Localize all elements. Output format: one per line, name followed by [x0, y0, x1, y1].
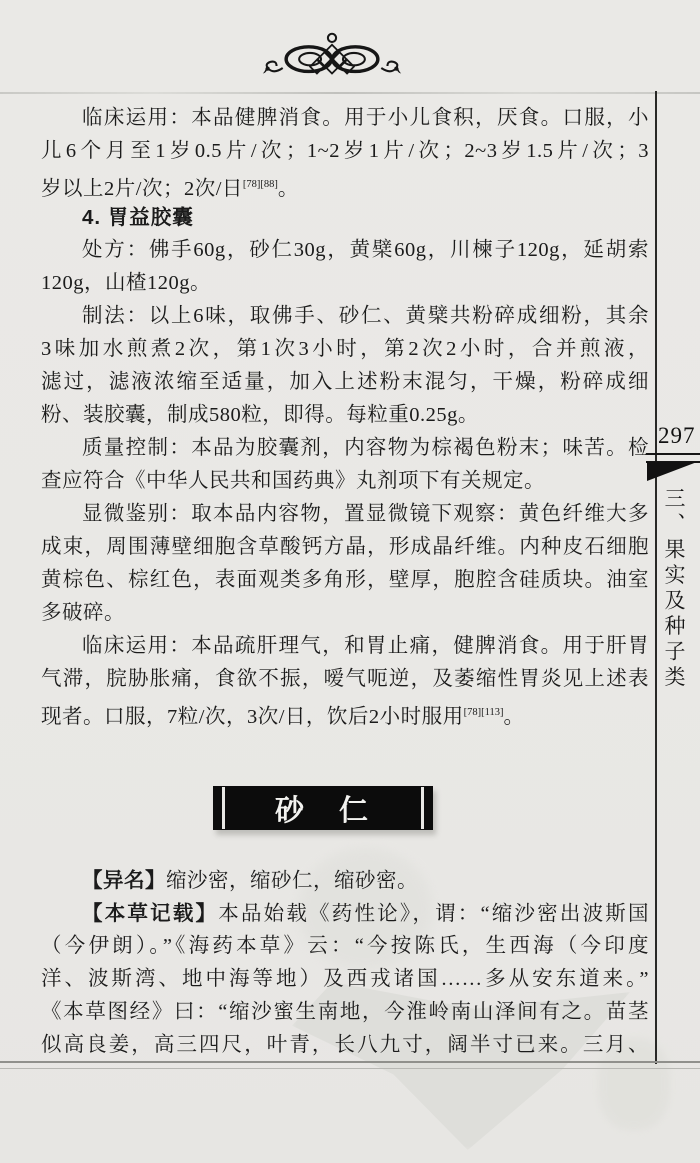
text-line: 粉、装胶囊，制成580粒，即得。每粒重0.25g。 — [41, 399, 649, 432]
text-line: 似高良姜，高三四尺，叶青，长八九寸，阔半寸已来。三月、 — [41, 1029, 649, 1062]
article-upper: 临床运用：本品健脾消食。用于小儿食积，厌食。口服，小儿6个月至1岁0.5片/次；… — [41, 102, 649, 729]
text-line: 《本草图经》曰：“缩沙蜜生南地，今淮岭南山泽间有之。苗茎 — [41, 996, 649, 1029]
bold-heading-text: 【本草记载】 — [82, 902, 218, 925]
text-line: 4. 胃益胶囊 — [41, 201, 649, 234]
book-page: 297 三、果实及种子类 临床运用：本品健脾消食。用于小儿食积，厌食。口服，小儿… — [0, 0, 700, 1163]
text-line: 岁以上2片/次；2次/日[78][88]。 — [41, 168, 649, 201]
bold-heading-text: 【异名】 — [82, 869, 166, 892]
reference-superscript: [78][113] — [464, 707, 504, 718]
text-line: 处方：佛手60g，砂仁30g，黄檗60g，川楝子120g，延胡索 — [41, 234, 649, 267]
header-rule — [0, 92, 700, 94]
text-line: 3味加水煎煮2次，第1次3小时，第2次2小时，合并煎液， — [41, 333, 649, 366]
text-line: 黄棕色、棕红色，表面观类多角形，壁厚，胞腔含硅质块。油室 — [41, 564, 649, 597]
text-line: 临床运用：本品健脾消食。用于小儿食积，厌食。口服，小 — [41, 102, 649, 135]
text-line: （今伊朗）。”《海药本草》云：“今按陈氏，生西海（今印度 — [41, 930, 649, 963]
text-line: 显微鉴别：取本品内容物，置显微镜下观察：黄色纤维大多 — [41, 498, 649, 531]
text-line: 滤过，滤液浓缩至适量，加入上述粉末混匀，干燥，粉碎成细 — [41, 366, 649, 399]
text-line: 多破碎。 — [41, 597, 649, 630]
text-line: 制法：以上6味，取佛手、砂仁、黄檗共粉碎成细粉，其余 — [41, 300, 649, 333]
section-banner: 砂 仁 — [213, 786, 433, 830]
chapter-vertical-label: 三、果实及种子类 — [659, 487, 689, 691]
text-line: 临床运用：本品疏肝理气，和胃止痛，健脾消食。用于肝胃 — [41, 630, 649, 663]
page-number-double-rule — [646, 453, 700, 463]
article-lower: 【异名】缩沙密，缩砂仁，缩砂密。【本草记载】本品始载《药性论》，谓：“缩沙密出波… — [41, 864, 649, 1062]
chapter-corner-marker — [647, 462, 697, 481]
footer-rule — [0, 1061, 700, 1069]
text-line: 【本草记载】本品始载《药性论》，谓：“缩沙密出波斯国 — [41, 897, 649, 930]
text-line: 【异名】缩沙密，缩砂仁，缩砂密。 — [41, 864, 649, 897]
text-line: 质量控制：本品为胶囊剂，内容物为棕褐色粉末；味苦。检 — [41, 432, 649, 465]
reference-superscript: [78][88] — [243, 179, 278, 190]
ornament-flourish-icon — [243, 26, 421, 84]
text-line: 120g，山楂120g。 — [41, 267, 649, 300]
margin-vertical-rule — [655, 91, 657, 1064]
banner-title: 砂 仁 — [213, 786, 433, 830]
text-line: 查应符合《中华人民共和国药典》丸剂项下有关规定。 — [41, 465, 649, 498]
text-line: 气滞，脘胁胀痛，食欲不振，嗳气呃逆，及萎缩性胃炎见上述表 — [41, 663, 649, 696]
text-line: 现者。口服，7粒/次，3次/日，饮后2小时服用[78][113]。 — [41, 696, 649, 729]
page-number: 297 — [658, 423, 700, 449]
text-line: 成束，周围薄壁细胞含草酸钙方晶，形成晶纤维。内种皮石细胞 — [41, 531, 649, 564]
text-line: 洋、波斯湾、地中海等地）及西戎诸国……多从安东道来。” — [41, 963, 649, 996]
text-line: 儿6个月至1岁0.5片/次；1~2岁1片/次；2~3岁1.5片/次；3 — [41, 135, 649, 168]
